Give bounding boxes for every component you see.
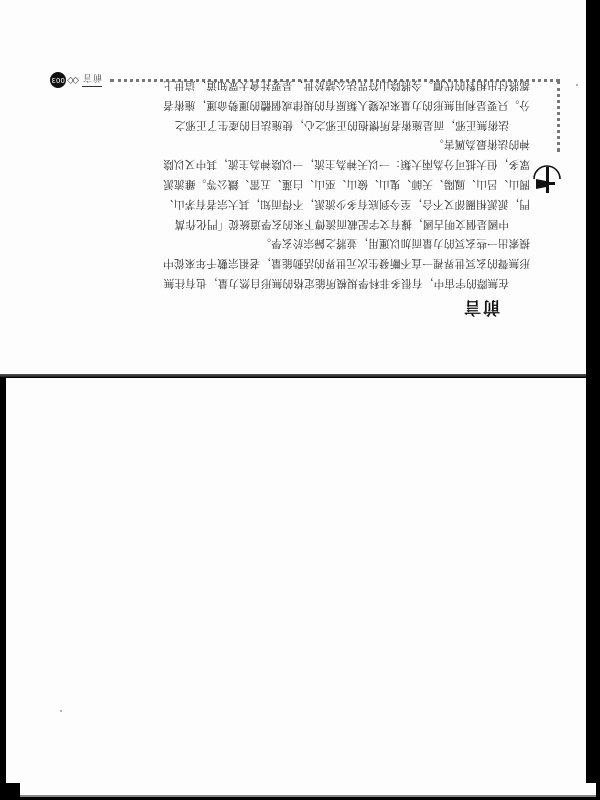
- running-head: 前言 ◇◇ 003: [50, 72, 102, 88]
- page-title: 前言: [462, 297, 500, 322]
- body-text: 在無際的宇宙中，有很多非科學規模所能定格的無形自然力量，也有往無 形無聲的玄冥世…: [85, 74, 530, 292]
- text-line: 閭山、呂山、鳳陽、天師、鬼山、儉山、巫山、白蓮、五雷、鐵公等。雖流派: [85, 173, 530, 193]
- text-line: 門，派派相關卻又不合，至今到底有多少流派，不得而知，其大宗者有茅山、: [85, 193, 530, 213]
- text-line: 形無聲的玄冥世界裡一直不斷發生次元世界的活動能量，老祖宗數千年來從中: [85, 252, 530, 272]
- text-line: 眾多，但大抵可分為兩大類：一以天神為主流，一以陰神為主流，其中又以陰: [85, 153, 530, 173]
- page-number: 003: [50, 72, 66, 88]
- text-line: 法術無正邪，而是施術者所懷抱的正邪之心，使施法目的產生了正邪之: [85, 114, 530, 134]
- text-line: 摸索出一些玄冥的力量而加以運用，並將之歸宗於玄學。: [85, 233, 530, 253]
- blank-page: [6, 378, 586, 783]
- printed-page: 前言 在無際的宇宙中，有很多非科學規模所能定格的無形自然力量，也有往無 形無聲的…: [0, 0, 586, 375]
- diamond-ornament-icon: ◇◇: [69, 75, 79, 85]
- chapter-emblem-icon: [530, 163, 564, 197]
- text-line: 在無際的宇宙中，有很多非科學規模所能定格的無形自然力量，也有往無: [85, 272, 530, 292]
- blank-page-bottom-edge: [20, 783, 596, 797]
- text-line: 中國是個文明古國，據有文字記載而流傳下來的玄學道統從「門化作萬: [85, 213, 530, 233]
- vine-border-horizontal: [110, 73, 560, 82]
- vine-border-vertical: [547, 80, 560, 152]
- page-edge-divider: [0, 374, 586, 377]
- page-content-rotated: 前言 在無際的宇宙中，有很多非科學規模所能定格的無形自然力量，也有往無 形無聲的…: [40, 30, 560, 340]
- scan-speck: [60, 710, 62, 712]
- scan-background: 前言 在無際的宇宙中，有很多非科學規模所能定格的無形自然力量，也有往無 形無聲的…: [0, 0, 600, 800]
- scan-speck: [576, 84, 578, 86]
- text-line: 分。只要是利用無形的力量來改變人類原有的規律或個體的運勢命運，施術者: [85, 94, 530, 114]
- running-head-label: 前言: [82, 73, 102, 88]
- text-line: 神的法術最為厲害。: [85, 134, 530, 154]
